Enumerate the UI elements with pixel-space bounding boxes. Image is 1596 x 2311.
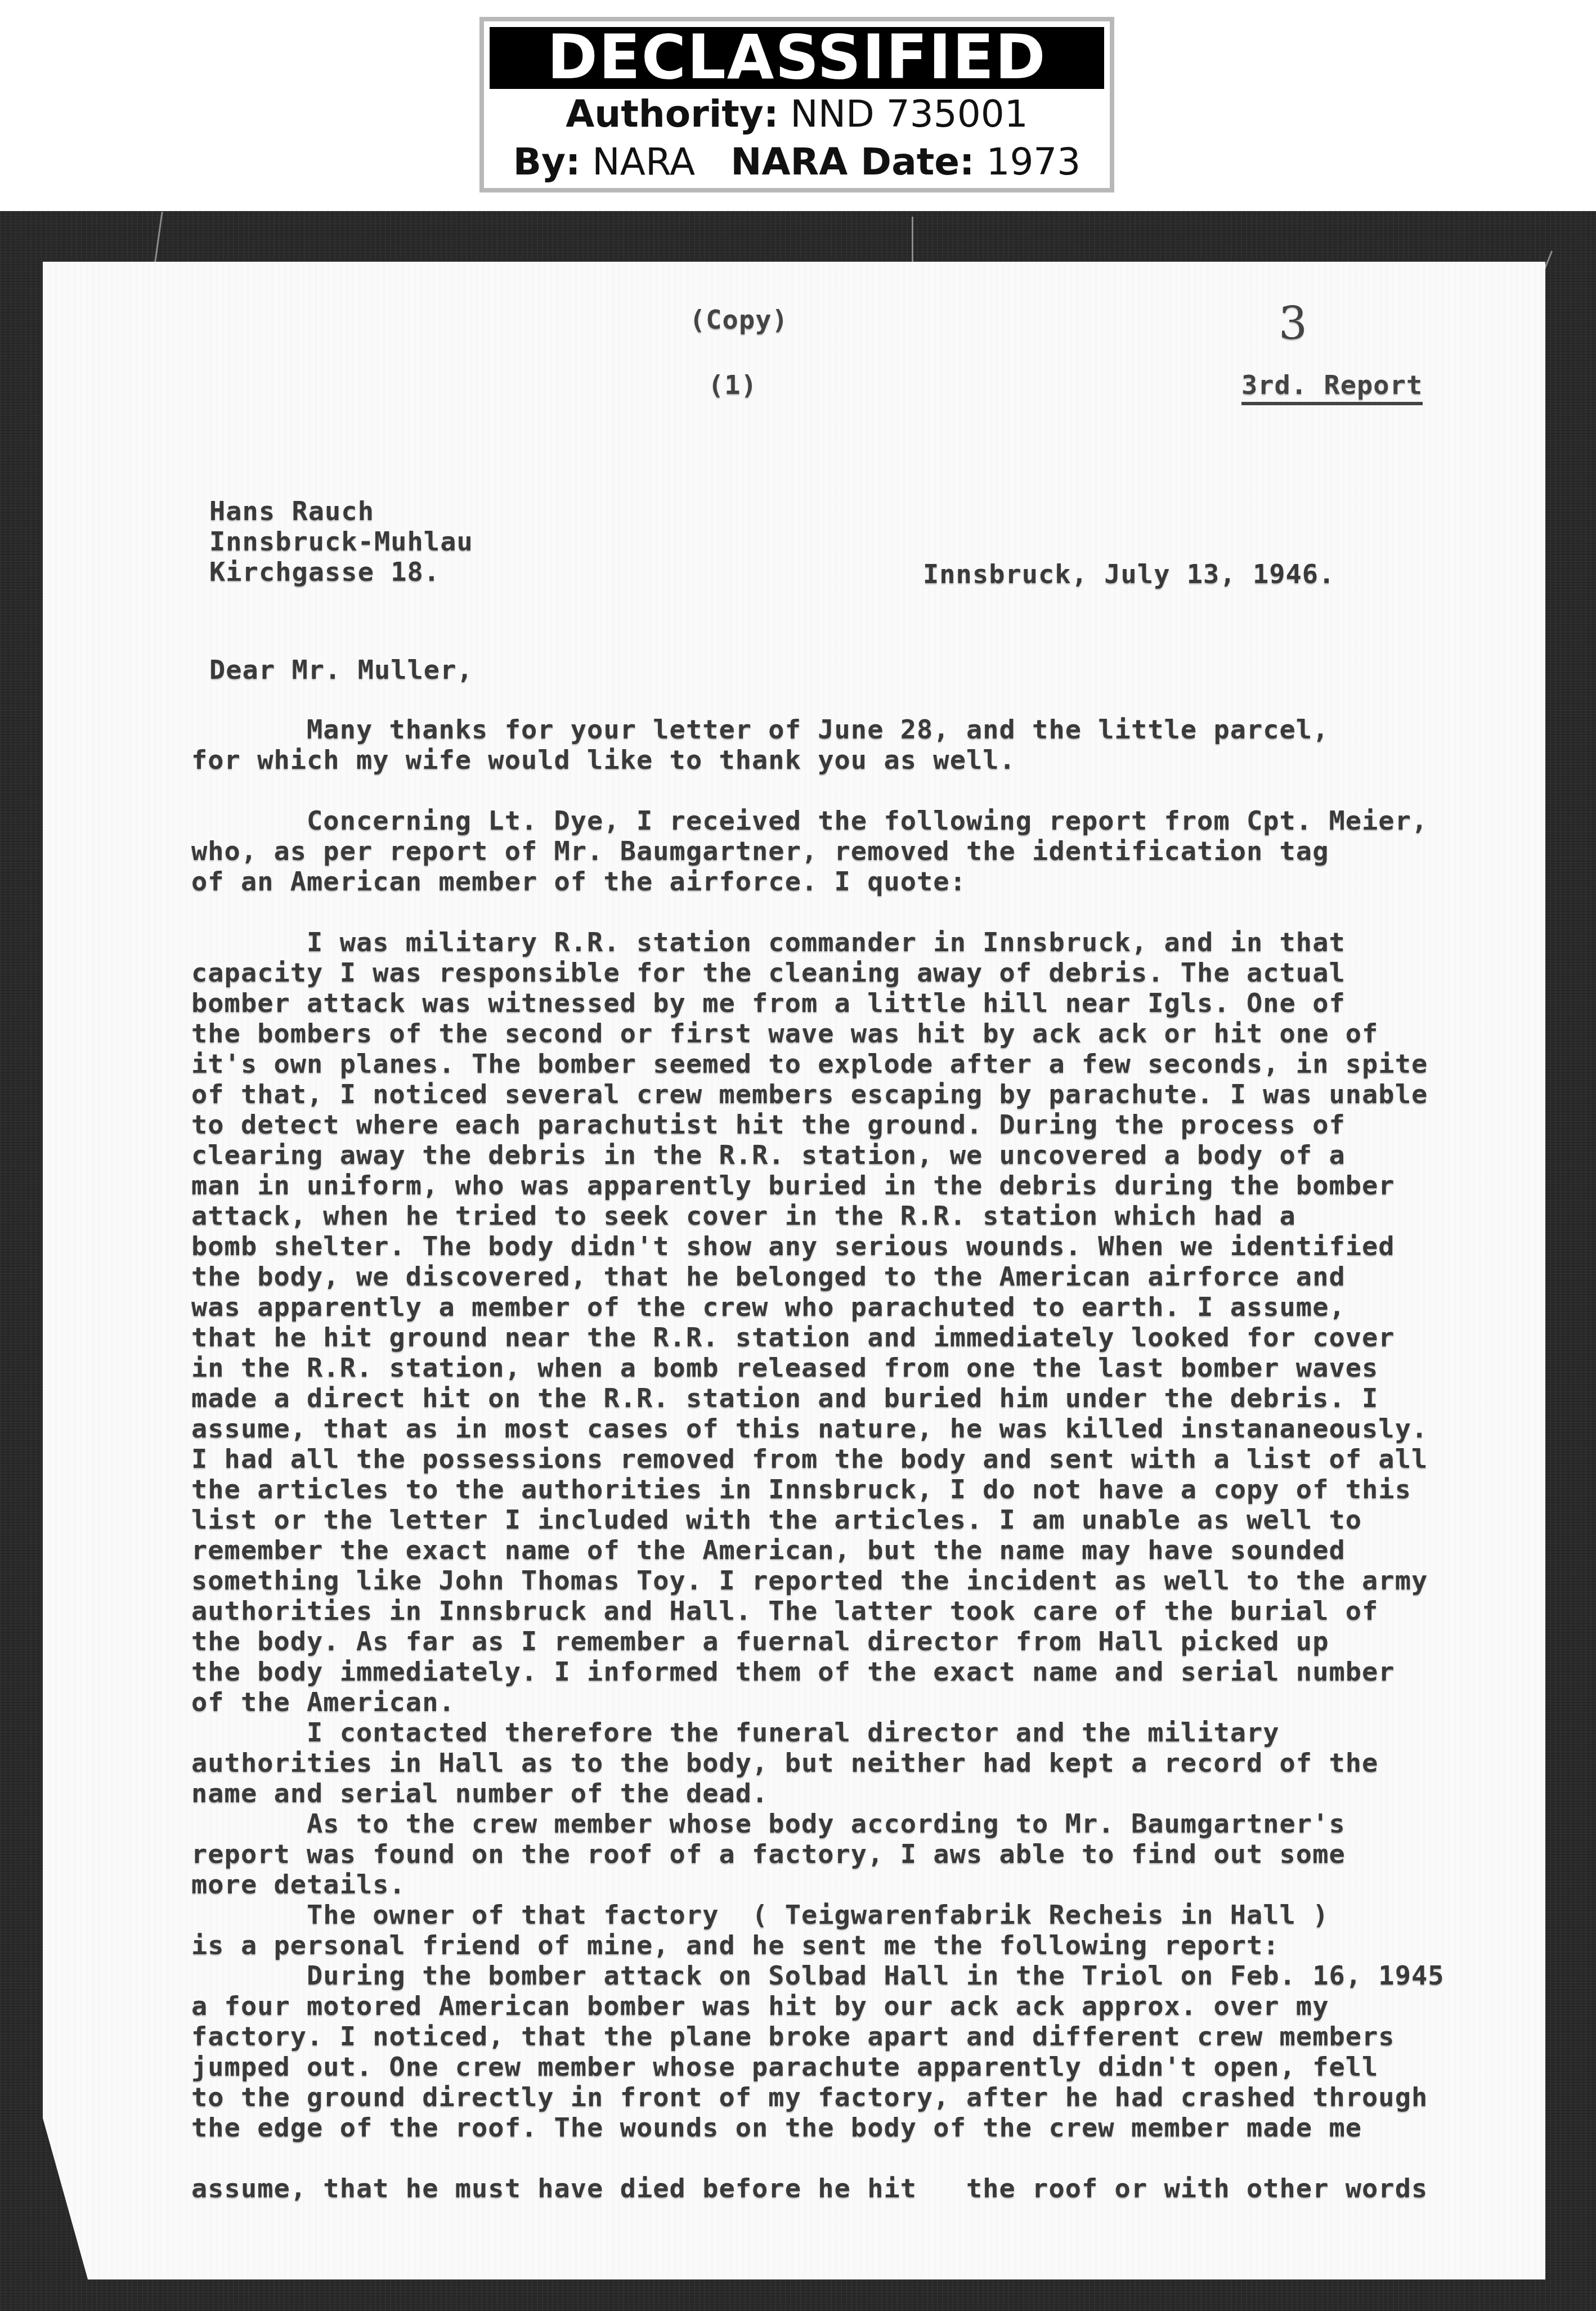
body-line: made a direct hit on the R.R. station an… (191, 1383, 1542, 1414)
stamp-by-value: NARA (592, 140, 695, 183)
body-line: more details. (191, 1870, 1542, 1900)
body-line: of the American. (191, 1687, 1542, 1718)
body-line: I contacted therefore the funeral direct… (191, 1718, 1542, 1748)
sender-city: Innsbruck-Muhlau (209, 527, 473, 557)
body-line: factory. I noticed, that the plane broke… (191, 2022, 1542, 2052)
body-line: During the bomber attack on Solbad Hall … (191, 1961, 1542, 1991)
body-line: that he hit ground near the R.R. station… (191, 1323, 1542, 1353)
body-line: the body immediately. I informed them of… (191, 1657, 1542, 1687)
body-line: authorities in Innsbruck and Hall. The l… (191, 1596, 1542, 1627)
stamp-date-value: 1973 (986, 140, 1081, 183)
body-line: the body. As far as I remember a fuernal… (191, 1627, 1542, 1657)
body-line: jumped out. One crew member whose parach… (191, 2052, 1542, 2082)
body-line (191, 897, 1542, 928)
body-line: of that, I noticed several crew members … (191, 1080, 1542, 1110)
body-line: something like John Thomas Toy. I report… (191, 1566, 1542, 1596)
body-line: who, as per report of Mr. Baumgartner, r… (191, 836, 1542, 867)
declassified-stamp: DECLASSIFIED Authority: NND 735001 By: N… (479, 17, 1114, 192)
body-line: I was military R.R. station commander in… (191, 928, 1542, 958)
stamp-date-label: NARA Date: (730, 140, 974, 183)
body-line: bomber attack was witnessed by me from a… (191, 988, 1542, 1019)
body-line: of an American member of the airforce. I… (191, 867, 1542, 897)
body-line: assume, that he must have died before he… (191, 2174, 1542, 2204)
body-line: list or the letter I included with the a… (191, 1505, 1542, 1535)
body-line: to detect where each parachutist hit the… (191, 1110, 1542, 1140)
body-line: bomb shelter. The body didn't show any s… (191, 1231, 1542, 1262)
body-line: for which my wife would like to thank yo… (191, 745, 1542, 776)
body-line: authorities in Hall as to the body, but … (191, 1748, 1542, 1779)
body-line: I had all the possessions removed from t… (191, 1444, 1542, 1475)
body-line: man in uniform, who was apparently burie… (191, 1171, 1542, 1201)
body-line: to the ground directly in front of my fa… (191, 2082, 1542, 2113)
handwritten-page-mark: 3 (1279, 308, 1308, 339)
body-line: was apparently a member of the crew who … (191, 1292, 1542, 1323)
letter-body: Many thanks for your letter of June 28, … (191, 715, 1542, 2204)
body-line: the body, we discovered, that he belonge… (191, 1262, 1542, 1292)
body-line: The owner of that factory ( Teigwarenfab… (191, 1900, 1542, 1931)
body-line: Concerning Lt. Dye, I received the follo… (191, 806, 1542, 836)
body-line: a four motored American bomber was hit b… (191, 1991, 1542, 2022)
body-line: is a personal friend of mine, and he sen… (191, 1931, 1542, 1961)
page-number: (1) (708, 370, 757, 401)
stamp-by-label: By: (513, 140, 581, 183)
stamp-authority-label: Authority: (566, 92, 778, 136)
body-line: it's own planes. The bomber seemed to ex… (191, 1049, 1542, 1080)
place-date: Innsbruck, July 13, 1946. (923, 559, 1335, 590)
body-line (191, 2143, 1542, 2174)
body-line: the articles to the authorities in Innsb… (191, 1475, 1542, 1505)
stamp-authority-line: Authority: NND 735001 (484, 92, 1110, 137)
body-line: attack, when he tried to seek cover in t… (191, 1201, 1542, 1231)
body-line: remember the exact name of the American,… (191, 1535, 1542, 1566)
stamp-authority-value: NND 735001 (790, 92, 1028, 136)
report-label: 3rd. Report (1241, 370, 1423, 405)
body-line (191, 776, 1542, 806)
copy-mark: (Copy) (689, 305, 788, 335)
body-line: capacity I was responsible for the clean… (191, 958, 1542, 988)
salutation: Dear Mr. Muller, (209, 655, 473, 686)
body-line: Many thanks for your letter of June 28, … (191, 715, 1542, 745)
stamp-title: DECLASSIFIED (490, 27, 1104, 89)
stamp-by-line: By: NARA NARA Date: 1973 (484, 140, 1110, 185)
body-line: assume, that as in most cases of this na… (191, 1414, 1542, 1444)
body-line: the edge of the roof. The wounds on the … (191, 2113, 1542, 2143)
body-line: As to the crew member whose body accordi… (191, 1809, 1542, 1839)
body-line: in the R.R. station, when a bomb release… (191, 1353, 1542, 1383)
body-line: the bombers of the second or first wave … (191, 1019, 1542, 1049)
body-line: clearing away the debris in the R.R. sta… (191, 1140, 1542, 1171)
body-line: report was found on the roof of a factor… (191, 1839, 1542, 1870)
sender-name: Hans Rauch (209, 496, 374, 527)
sender-street: Kirchgasse 18. (209, 557, 440, 588)
body-line: name and serial number of the dead. (191, 1779, 1542, 1809)
